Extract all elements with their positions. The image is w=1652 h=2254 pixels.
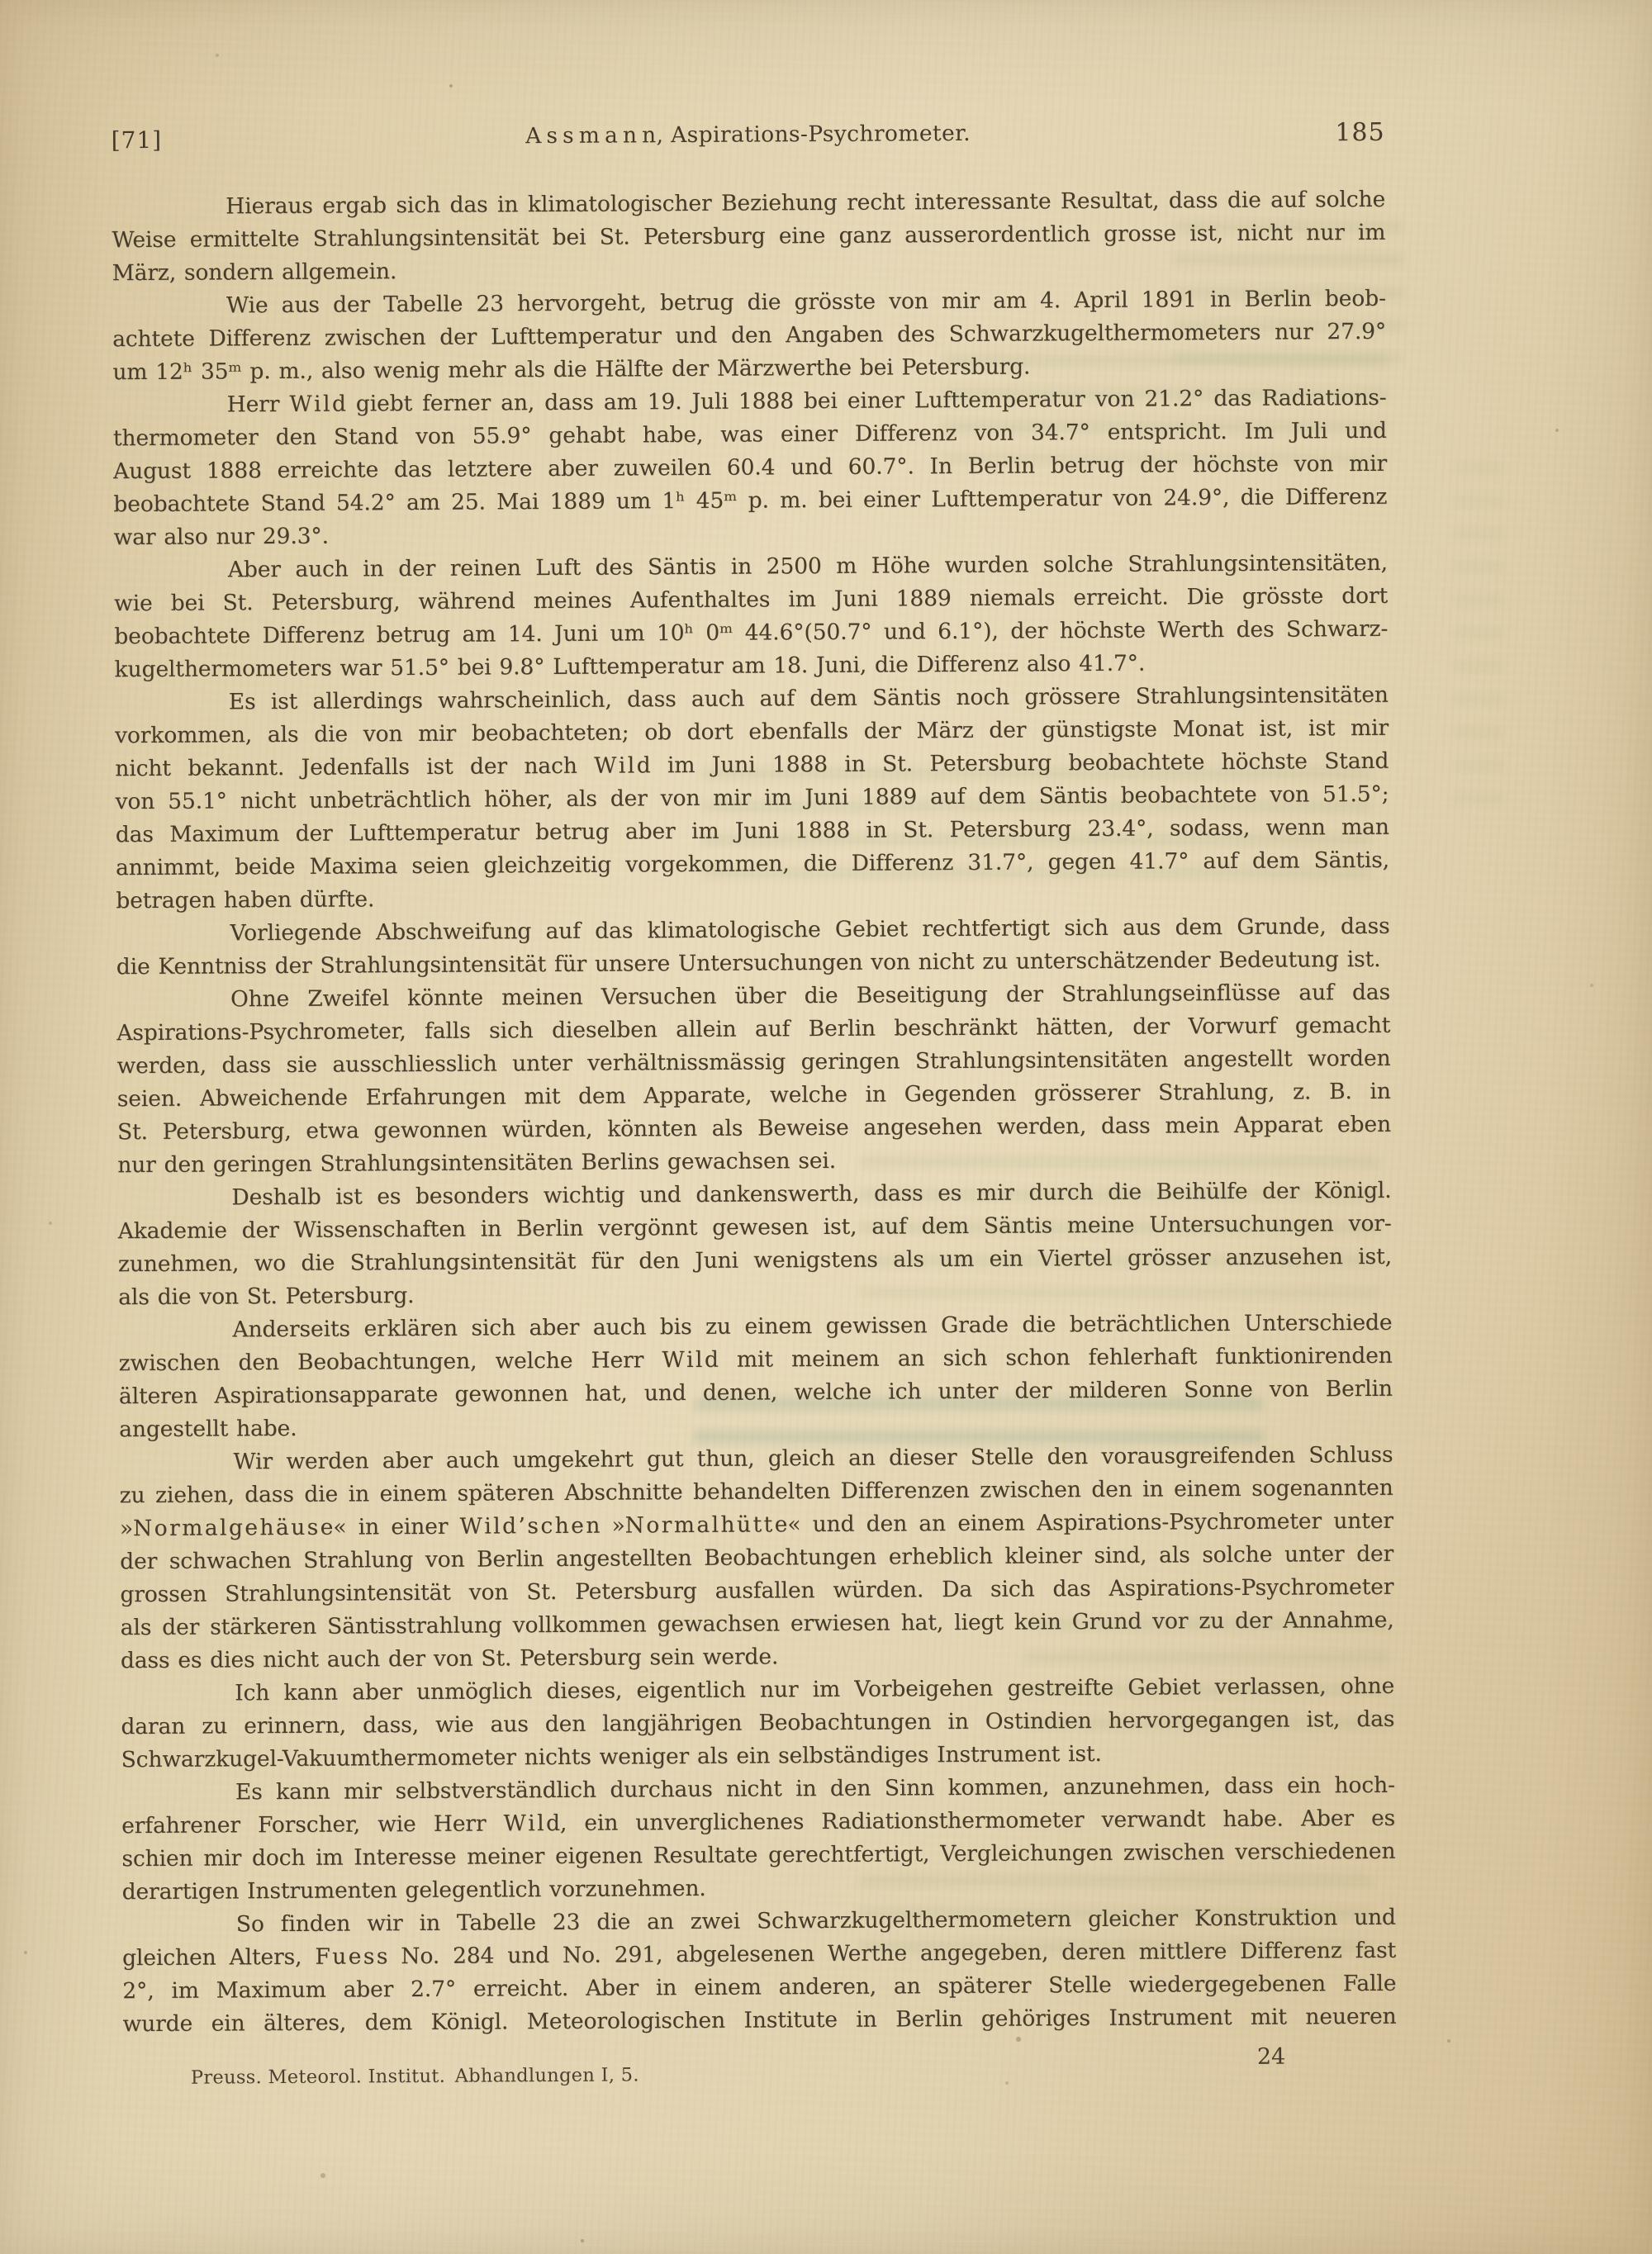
paragraph: Aber auch in der reinen Luft des Säntis …	[114, 550, 1389, 690]
paragraph: Es kann mir selbstverständlich durchaus …	[121, 1772, 1396, 1912]
paragraph: Deshalb ist es besonders wichtig und dan…	[117, 1178, 1392, 1317]
paragraph: Herr W i l d giebt ferner an, dass am 19…	[113, 385, 1388, 558]
paper-specks	[0, 0, 2, 2]
footer-signature-mark: 24	[1257, 2044, 1286, 2070]
paragraph: Anderseits erklären sich aber auch bis z…	[118, 1310, 1393, 1450]
page-header: [71] A s s m a n n, Aspirations-Psychrom…	[112, 121, 1385, 153]
paragraph: Hieraus ergab sich das in klimatologisch…	[112, 187, 1386, 293]
scanned-book-page: [71] A s s m a n n, Aspirations-Psychrom…	[0, 0, 1652, 2254]
text-line: wurde ein älteres, dem Königl. Meteorolo…	[123, 2004, 1397, 2044]
paragraph: Ich kann aber unmöglich dieses, eigentli…	[121, 1673, 1395, 1780]
paragraph: Wir werden aber auch umgekehrt gut thun,…	[119, 1442, 1394, 1681]
page-body-text: Hieraus ergab sich das in klimatologisch…	[112, 187, 1397, 2044]
paragraph: Ohne Zweifel könnte meinen Versuchen übe…	[116, 980, 1391, 1185]
page-content: [71] A s s m a n n, Aspirations-Psychrom…	[0, 0, 1652, 2254]
header-running-title: A s s m a n n, Aspirations-Psychrometer.	[112, 121, 1385, 150]
paragraph: Vorliegende Abschweifung auf das klimato…	[116, 913, 1389, 987]
footer-imprint: Preuss. Meteorol. Institut. Abhandlungen…	[191, 2064, 639, 2088]
paragraph: So finden wir in Tabelle 23 die an zwei …	[122, 1905, 1397, 2044]
paragraph: Wie aus der Tabelle 23 hervorgeht, betru…	[112, 286, 1387, 392]
paragraph: Es ist allerdings wahrscheinlich, dass a…	[115, 682, 1390, 921]
